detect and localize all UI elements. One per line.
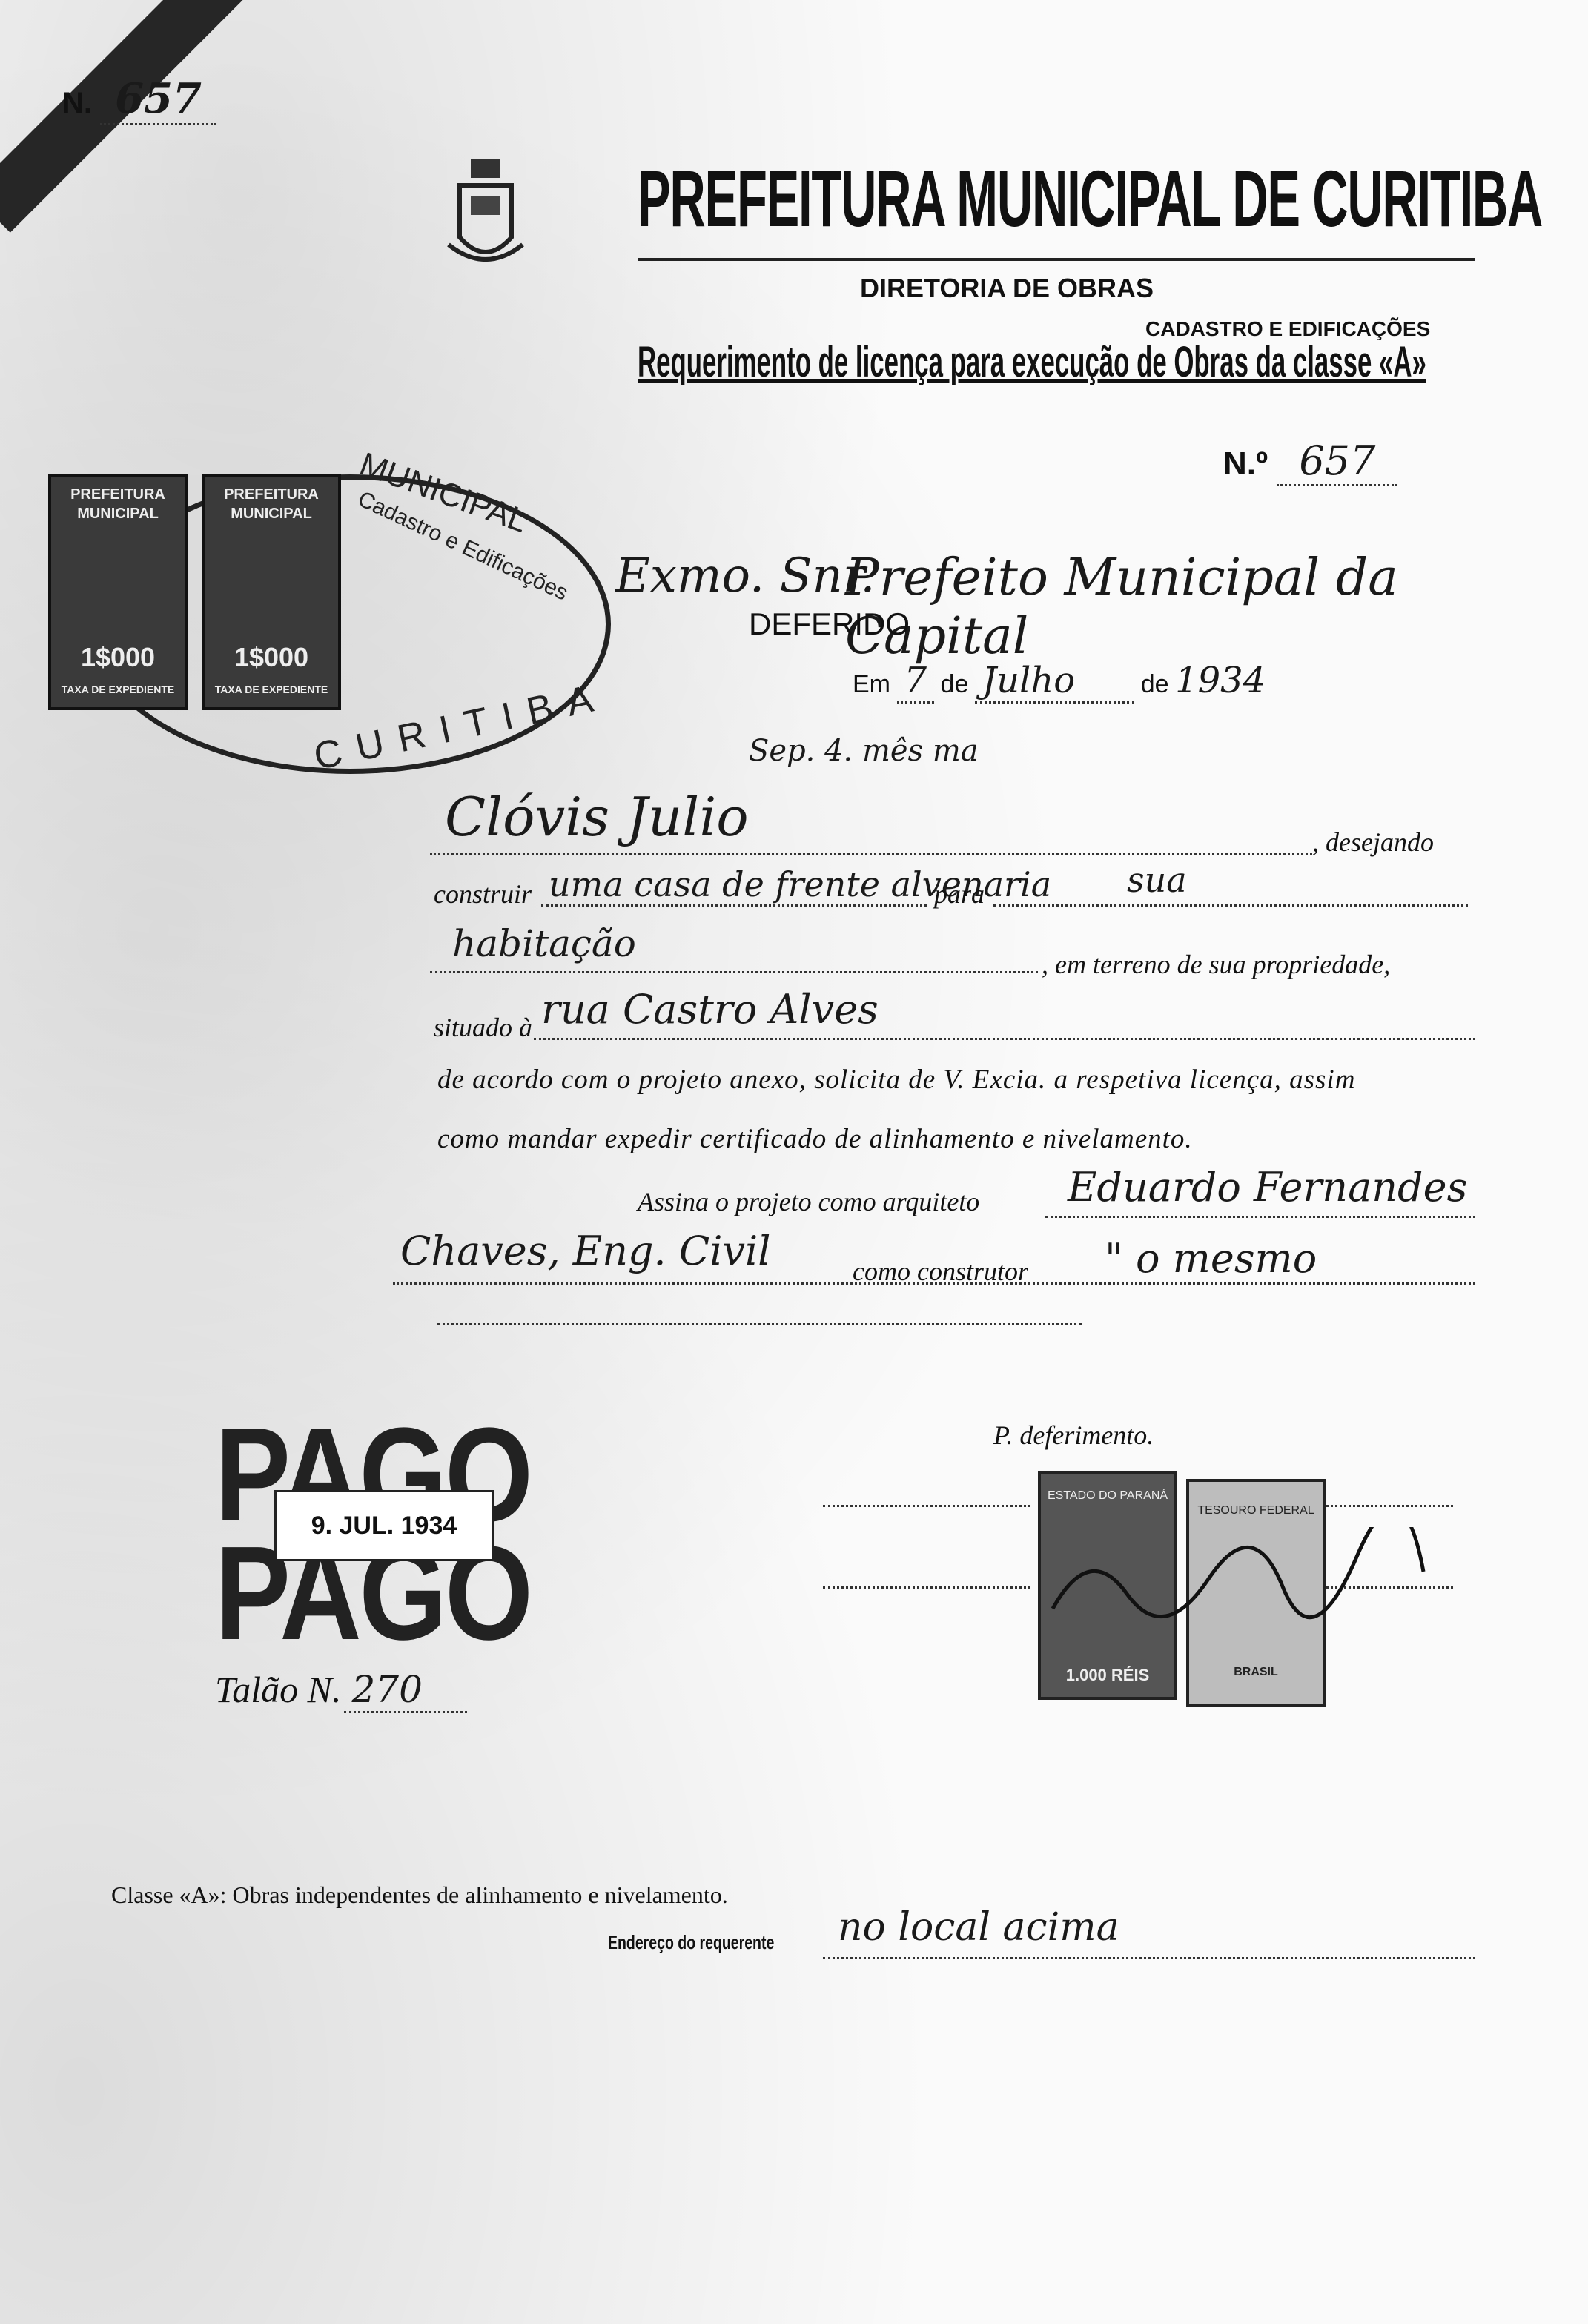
coat-of-arms-icon [445, 156, 526, 274]
fee-stamp: PREFEITURAMUNICIPAL 1$000 TAXA DE EXPEDI… [202, 474, 341, 710]
decision-stamp: DEFERIDO [749, 606, 910, 642]
address-label: Endereço do requerente [608, 1931, 774, 1954]
builder-label: como construtor [853, 1256, 1028, 1287]
request-number: N.º 657 [1223, 437, 1397, 484]
class-note: Classe «A»: Obras independentes de alinh… [111, 1881, 728, 1909]
purpose-value-2: habitação [452, 922, 636, 965]
construction-line: uma casa de frente alvenaria [541, 875, 927, 907]
body-paragraph-1: de acordo com o projeto anexo, solicita … [437, 1064, 1355, 1096]
architect-label: Assina o projeto como arquiteto [638, 1186, 979, 1217]
blank-line [437, 1316, 1082, 1325]
construir-label: construir [434, 878, 532, 910]
corner-number-label: N. [62, 87, 92, 119]
location-line: rua Castro Alves [534, 1008, 1475, 1040]
page-title: PREFEITURA MUNICIPAL DE CURITIBA [638, 152, 1542, 245]
terrain-text: , em terreno de sua propriedade, [1042, 949, 1390, 980]
signature-line-1 [823, 1505, 1030, 1507]
recipient: Prefeito Municipal da Capital [845, 549, 1588, 666]
applicant-name: Clóvis Julio [445, 786, 749, 848]
department-label: DIRETORIA DE OBRAS [860, 273, 1154, 304]
para-label: para [934, 878, 985, 910]
decision-date: Em 7 de Julho de 1934 [853, 660, 1386, 701]
address-line: no local acima [823, 1935, 1475, 1959]
signature-label: P. deferimento. [993, 1420, 1154, 1451]
architect-name-1: Eduardo Fernandes [1068, 1164, 1467, 1211]
salutation: Exmo. Snr. [615, 549, 876, 603]
paid-stamp-date: 9. JUL. 1934 [274, 1490, 494, 1561]
desejando-label: , desejando [1312, 827, 1434, 858]
signature-scribble [1045, 1527, 1431, 1638]
dispatch-annotation: Sep. 4. mês ma [749, 734, 979, 768]
purpose-value-1: sua [1127, 860, 1187, 900]
signature-line-3 [1305, 1505, 1453, 1507]
builder-line: Chaves, Eng. Civil como construtor " o m… [393, 1253, 1475, 1285]
corner-number-value: 657 [100, 74, 216, 125]
signature-line-2 [823, 1586, 1030, 1589]
situado-label: situado à [434, 1012, 532, 1043]
architect-name-2: Chaves, Eng. Civil [400, 1228, 771, 1274]
address-value: no local acima [838, 1905, 1119, 1950]
form-title: Requerimento de licença para execução de… [638, 337, 1426, 387]
location-value: rua Castro Alves [541, 986, 879, 1033]
fee-stamp: PREFEITURAMUNICIPAL 1$000 TAXA DE EXPEDI… [48, 474, 188, 710]
purpose-line-2: habitação [430, 941, 1038, 973]
talao-number: Talão N. 270 [215, 1668, 467, 1711]
title-rule [638, 258, 1475, 261]
corner-number: N. 657 [62, 74, 216, 123]
architect-line: Eduardo Fernandes [1045, 1186, 1475, 1218]
purpose-line-1: sua [993, 875, 1468, 907]
document-page: N. 657 PREFEITURA MUNICIPAL DE CURITIBA … [0, 0, 1588, 2324]
request-number-value: 657 [1277, 437, 1397, 486]
applicant-line: Clóvis Julio [430, 815, 1312, 855]
request-number-label: N.º [1223, 446, 1268, 482]
builder-value: " o mesmo [1105, 1235, 1317, 1282]
body-paragraph-2: como mandar expedir certificado de alinh… [437, 1123, 1193, 1155]
